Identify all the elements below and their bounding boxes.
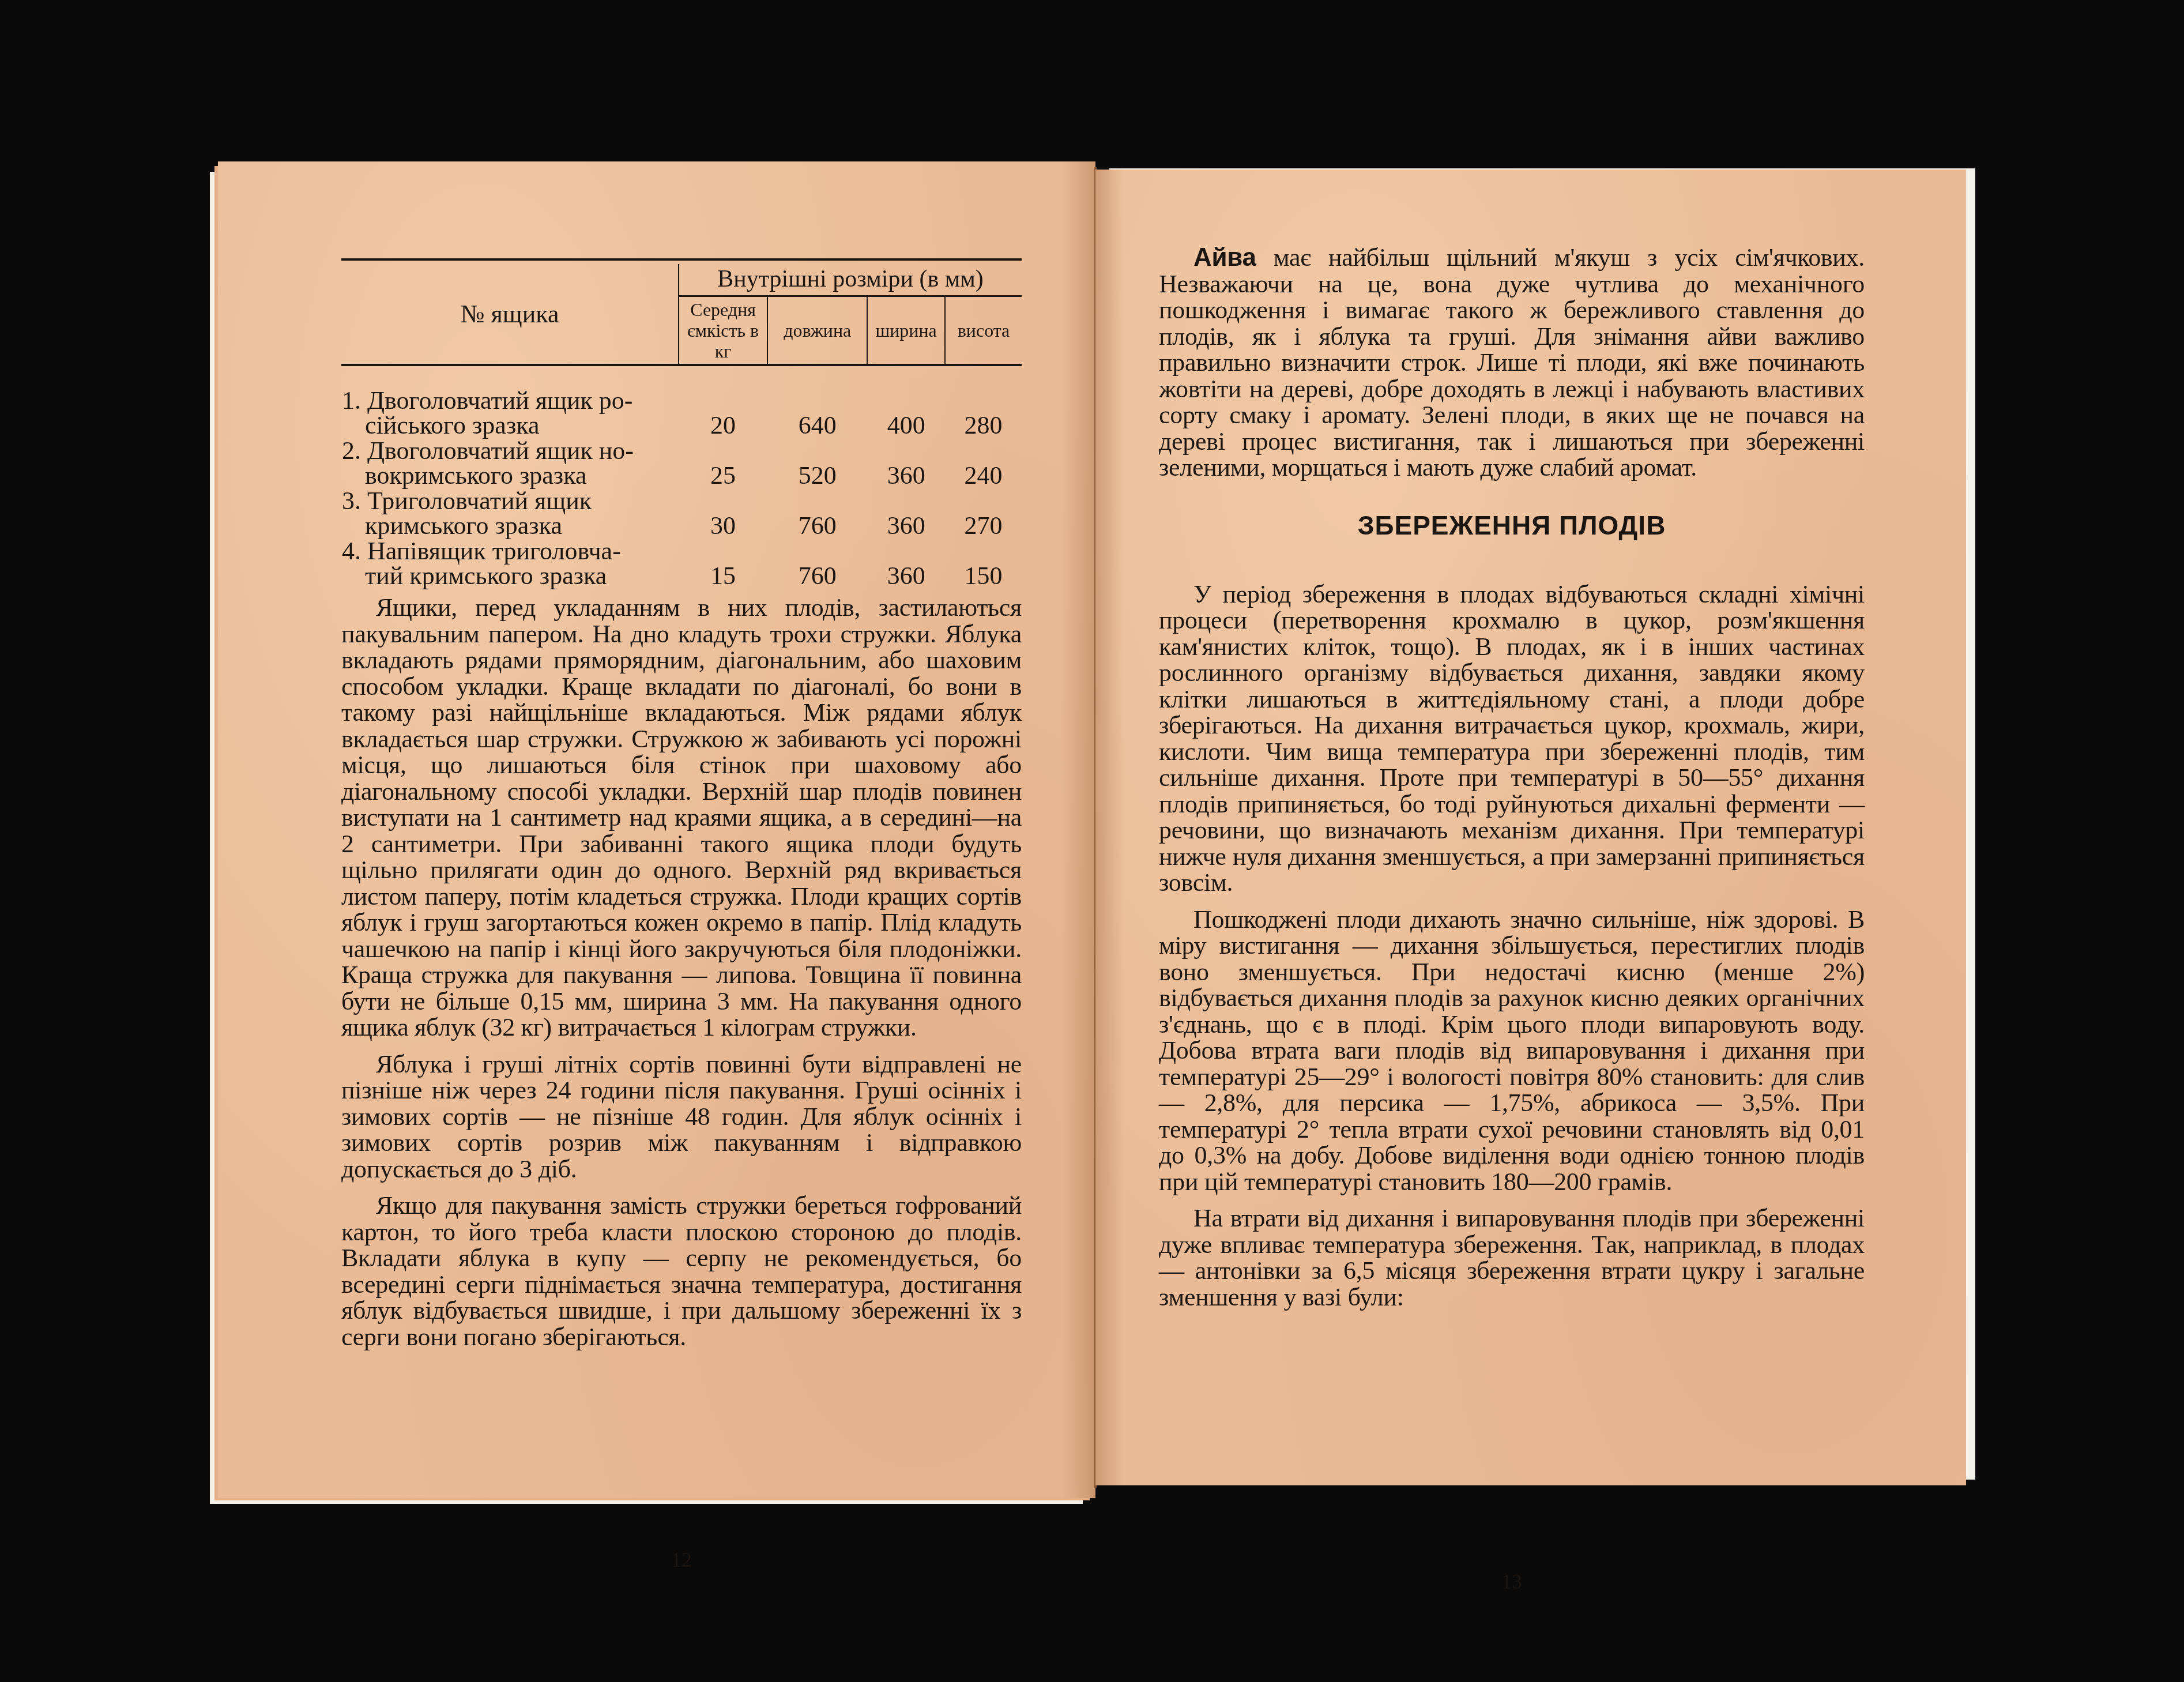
right-page: Айва має найбільш щільний м'якуш з усіх … [1095, 170, 1966, 1485]
row-width: 400 [867, 388, 945, 438]
paragraph: На втрати від дихання і випаровування пл… [1159, 1205, 1865, 1310]
row-height: 150 [945, 539, 1022, 589]
row-capacity: 15 [679, 539, 767, 589]
row-length: 760 [767, 539, 867, 589]
row-length: 760 [767, 488, 867, 539]
intro-text: Айва має найбільш щільний м'якуш з усіх … [1159, 244, 1865, 481]
left-page: № ящика Внутрішні розміри (в мм) Середня… [218, 161, 1095, 1498]
row-name-line1: 4. Напівящик триголовча- [342, 537, 621, 565]
row-height: 270 [945, 488, 1022, 539]
table-row: 2. Двоголовчатий ящик но-вокримського зр… [341, 438, 1022, 488]
table-subheader-length: довжина [767, 296, 867, 366]
open-book: № ящика Внутрішні розміри (в мм) Середня… [0, 0, 2184, 1682]
table-header-inner-dimensions: Внутрішні розміри (в мм) [679, 264, 1022, 296]
row-capacity: 30 [679, 488, 767, 539]
table-row: 1. Двоголовчатий ящик ро-сійського зразк… [341, 388, 1022, 438]
row-capacity: 20 [679, 388, 767, 438]
paragraph: Якщо для пакування замість стружки берет… [341, 1192, 1022, 1350]
row-name-line2: кримського зразка [342, 513, 678, 538]
row-width: 360 [867, 488, 945, 539]
row-width: 360 [867, 539, 945, 589]
lead-word-quince: Айва [1193, 243, 1256, 272]
row-height: 240 [945, 438, 1022, 488]
row-name-line1: 1. Двоголовчатий ящик ро- [342, 386, 632, 415]
table-row: 4. Напівящик триголовча-тий кримського з… [341, 539, 1022, 589]
row-width: 360 [867, 438, 945, 488]
table-subheader-capacity: Середня ємкість в кг [679, 296, 767, 366]
row-name-line2: сійського зразка [342, 413, 678, 438]
left-body-text: Ящики, перед укладанням в них плодів, за… [341, 594, 1022, 1350]
left-page-content: № ящика Внутрішні розміри (в мм) Середня… [341, 258, 1022, 1350]
paragraph: Яблука і груші літніх сортів повинні бут… [341, 1051, 1022, 1183]
table-row: 3. Триголовчатий ящиккримського зразка 3… [341, 488, 1022, 539]
table-header-box-number: № ящика [341, 264, 679, 365]
row-length: 640 [767, 388, 867, 438]
row-name-line1: 3. Триголовчатий ящик [342, 487, 592, 515]
box-dimensions-table: № ящика Внутрішні розміри (в мм) Середня… [341, 258, 1022, 589]
intro-body: має найбільш щільний м'якуш з усіх сім'я… [1159, 243, 1865, 481]
row-capacity: 25 [679, 438, 767, 488]
page-number-left: 12 [341, 1548, 1022, 1572]
page-number-right: 13 [1159, 1570, 1865, 1594]
right-page-content: Айва має найбільш щільний м'якуш з усіх … [1159, 244, 1865, 1310]
row-length: 520 [767, 438, 867, 488]
paragraph: Пошкоджені плоди дихають значно сильніше… [1159, 906, 1865, 1195]
table-subheader-height: висота [945, 296, 1022, 366]
row-name-line2: тий кримського зразка [342, 563, 678, 588]
table-subheader-width: ширина [867, 296, 945, 366]
section-heading: ЗБЕРЕЖЕННЯ ПЛОДІВ [1159, 510, 1865, 541]
paragraph: Айва має найбільш щільний м'якуш з усіх … [1159, 244, 1865, 481]
right-body-text: У період збереження в плодах відбуваютьс… [1159, 581, 1865, 1311]
row-name-line2: вокримського зразка [342, 463, 678, 488]
row-name-line1: 2. Двоголовчатий ящик но- [342, 437, 634, 465]
row-height: 280 [945, 388, 1022, 438]
paragraph: У період збереження в плодах відбуваютьс… [1159, 581, 1865, 896]
paragraph: Ящики, перед укладанням в них плодів, за… [341, 594, 1022, 1041]
